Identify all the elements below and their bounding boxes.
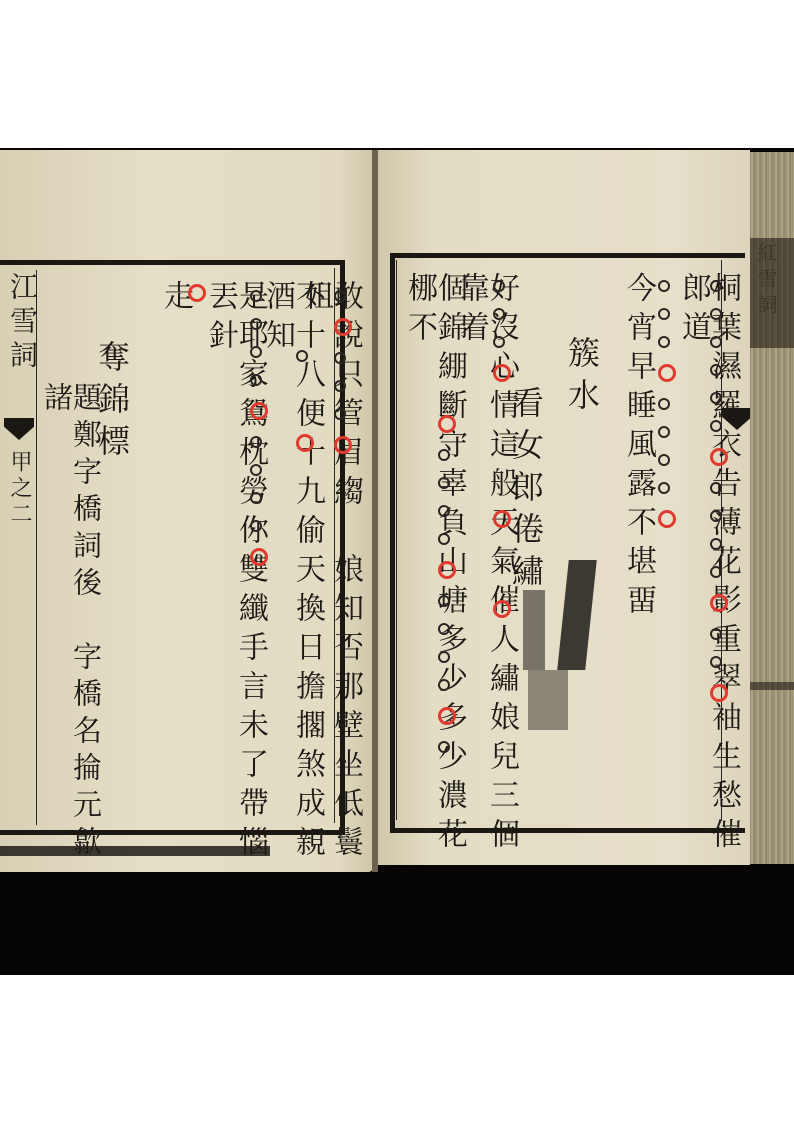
text-column-2: 今宵早睡風露不堪畱: [623, 272, 653, 623]
page-stack-edge: 紅雪詞: [750, 152, 794, 864]
punctuation-marks-6: [438, 415, 456, 753]
ink-bleed-stain: [528, 670, 568, 730]
edge-title: 紅雪詞: [752, 242, 781, 320]
punctuation-marks-2: [296, 350, 314, 452]
tune-name: 簇水: [566, 336, 598, 420]
border-bottom-ink: [0, 846, 270, 856]
text-column-4: 走: [160, 280, 190, 319]
punctuation-marks-4: [188, 284, 206, 302]
right-page: 桐葉濕羅衣告薄花影重翠袖生愁催郎道 今宵早睡風露不堪畱 簇水 看女郎倦繡 好沒心…: [378, 150, 750, 865]
text-column-1: 桐葉濕羅衣告薄花影重翠袖生愁催郎道: [678, 272, 738, 865]
margin-title: 江雪詞: [2, 272, 42, 374]
margin-section: 甲之二: [4, 450, 35, 528]
punctuation-marks-1: [334, 290, 352, 454]
left-page: 江雪詞 甲之二 敢說只管眉縐 娘知否那壁坐低鬟姐 不十八便十九偷天換日擔擱煞成親…: [0, 150, 374, 872]
frame-inner-rule: [396, 260, 397, 820]
punctuation-marks-2: [658, 280, 676, 528]
punctuation-marks-3: [250, 290, 268, 566]
punctuation-marks-1: [710, 280, 728, 702]
book-scan: 江雪詞 甲之二 敢說只管眉縐 娘知否那壁坐低鬟姐 不十八便十九偷天換日擔擱煞成親…: [0, 148, 794, 975]
text-column-6: 題鄭字橋詞後 字橋名掄元歙諸: [42, 382, 100, 872]
ink-bleed-stain: [523, 590, 545, 670]
punctuation-marks-5: [493, 280, 511, 618]
